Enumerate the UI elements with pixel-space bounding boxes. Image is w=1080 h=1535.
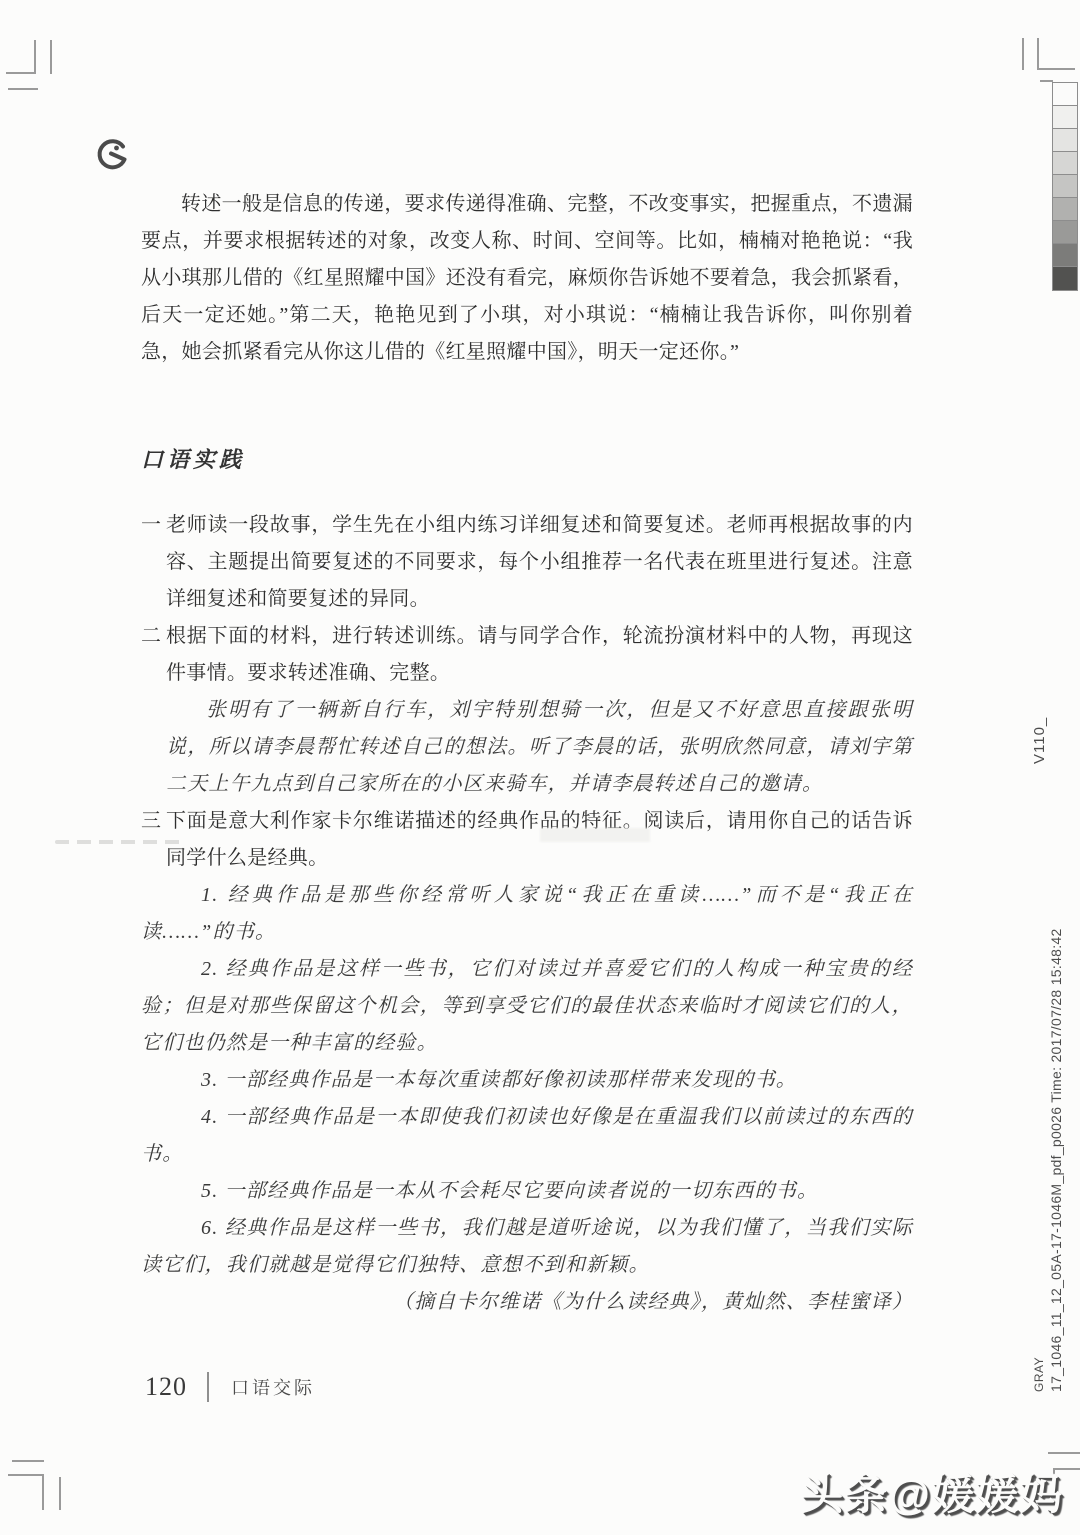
- grayscale-step: [1053, 83, 1077, 106]
- exercise-item-1: 一 老师读一段故事，学生先在小组内练习详细复述和简要复述。老师再根据故事的内容、…: [141, 507, 913, 618]
- page-content: 转述一般是信息的传递，要求传递得准确、完整，不改变事实，把握重点，不遗漏要点，并…: [141, 186, 913, 1321]
- grayscale-step: [1053, 221, 1077, 244]
- crop-mark-top-right: [1037, 68, 1075, 70]
- page-number: 120: [145, 1372, 187, 1402]
- grayscale-step: [1053, 129, 1077, 152]
- crop-mark-top-right: [1037, 38, 1039, 70]
- version-code: V110_: [1031, 717, 1048, 764]
- grayscale-step: [1053, 152, 1077, 175]
- crop-mark-bottom-left: [42, 1474, 44, 1510]
- footer-section-title: 口语交际: [231, 1374, 315, 1400]
- print-file-info: 17_1046_11_12_05A-17-1046M_pdf_p0026 Tim…: [1048, 928, 1064, 1392]
- intro-paragraph: 转述一般是信息的传递，要求传递得准确、完整，不改变事实，把握重点，不遗漏要点，并…: [141, 186, 913, 371]
- scan-artifact: [55, 840, 185, 844]
- crop-mark-bottom-left: [59, 1477, 61, 1510]
- classic-feature-1: 1. 经典作品是那些你经常听人家说“我正在重读……”而不是“我正在读……”的书。: [141, 877, 913, 951]
- exercise-marker: 二: [141, 618, 166, 692]
- exercise-item-2: 二 根据下面的材料，进行转述训练。请与同学合作，轮流扮演材料中的人物，再现这件事…: [141, 618, 913, 692]
- grayscale-step: [1053, 244, 1077, 267]
- exercise-marker: 一: [141, 507, 166, 618]
- exercise-list: 一 老师读一段故事，学生先在小组内练习详细复述和简要复述。老师再根据故事的内容、…: [141, 507, 913, 1321]
- crop-mark-bottom-right: [1048, 1452, 1080, 1454]
- footer-divider: [207, 1372, 209, 1402]
- classic-feature-6: 6. 经典作品是这样一些书，我们越是道听途说，以为我们懂了，当我们实际读它们，我…: [141, 1210, 913, 1284]
- classic-feature-3: 3. 一部经典作品是一本每次重读都好像初读那样带来发现的书。: [141, 1062, 913, 1099]
- crop-mark-top-left: [8, 88, 38, 90]
- grayscale-bar: [1052, 82, 1078, 291]
- grayscale-step: [1053, 267, 1077, 290]
- gray-color-label: GRAY: [1032, 1357, 1046, 1392]
- grayscale-step: [1053, 198, 1077, 221]
- grayscale-step: [1053, 106, 1077, 129]
- classic-feature-5: 5. 一部经典作品是一本从不会耗尽它要向读者说的一切东西的书。: [141, 1173, 913, 1210]
- exercise-item-3: 三 下面是意大利作家卡尔维诺描述的经典作品的特征。阅读后，请用你自己的话告诉同学…: [141, 803, 913, 877]
- classic-features-list: 1. 经典作品是那些你经常听人家说“我正在重读……”而不是“我正在读……”的书。…: [141, 877, 913, 1284]
- crop-mark-top-left: [6, 72, 36, 74]
- section-header: 口语实践: [141, 441, 913, 478]
- grayscale-step: [1053, 175, 1077, 198]
- exercise-text: 根据下面的材料，进行转述训练。请与同学合作，轮流扮演材料中的人物，再现这件事情。…: [166, 618, 913, 692]
- crop-mark-top-left: [34, 40, 36, 74]
- classic-feature-2: 2. 经典作品是这样一些书，它们对读过并喜爱它们的人构成一种宝贵的经验；但是对那…: [141, 951, 913, 1062]
- crop-mark-bottom-left: [8, 1474, 44, 1476]
- scan-artifact: [540, 828, 650, 842]
- exercise-text: 老师读一段故事，学生先在小组内练习详细复述和简要复述。老师再根据故事的内容、主题…: [166, 507, 913, 618]
- crop-mark-top-right: [1022, 38, 1024, 70]
- textbook-page: V110_ 17_1046_11_12_05A-17-1046M_pdf_p00…: [0, 0, 1080, 1535]
- crop-mark-top-left: [50, 40, 52, 74]
- page-footer: 120 口语交际: [145, 1372, 315, 1402]
- attribution: （摘自卡尔维诺《为什么读经典》，黄灿然、李桂蜜译）: [141, 1284, 913, 1321]
- classic-feature-4: 4. 一部经典作品是一本即使我们初读也好像是在重温我们以前读过的东西的书。: [141, 1099, 913, 1173]
- publisher-logo-icon: [92, 136, 134, 176]
- crop-mark-bottom-left: [12, 1460, 44, 1462]
- watermark: 头条@媛媛妈: [801, 1462, 1064, 1522]
- material-paragraph: 张明有了一辆新自行车，刘宇特别想骑一次，但是又不好意思直接跟张明说，所以请李晨帮…: [166, 692, 913, 803]
